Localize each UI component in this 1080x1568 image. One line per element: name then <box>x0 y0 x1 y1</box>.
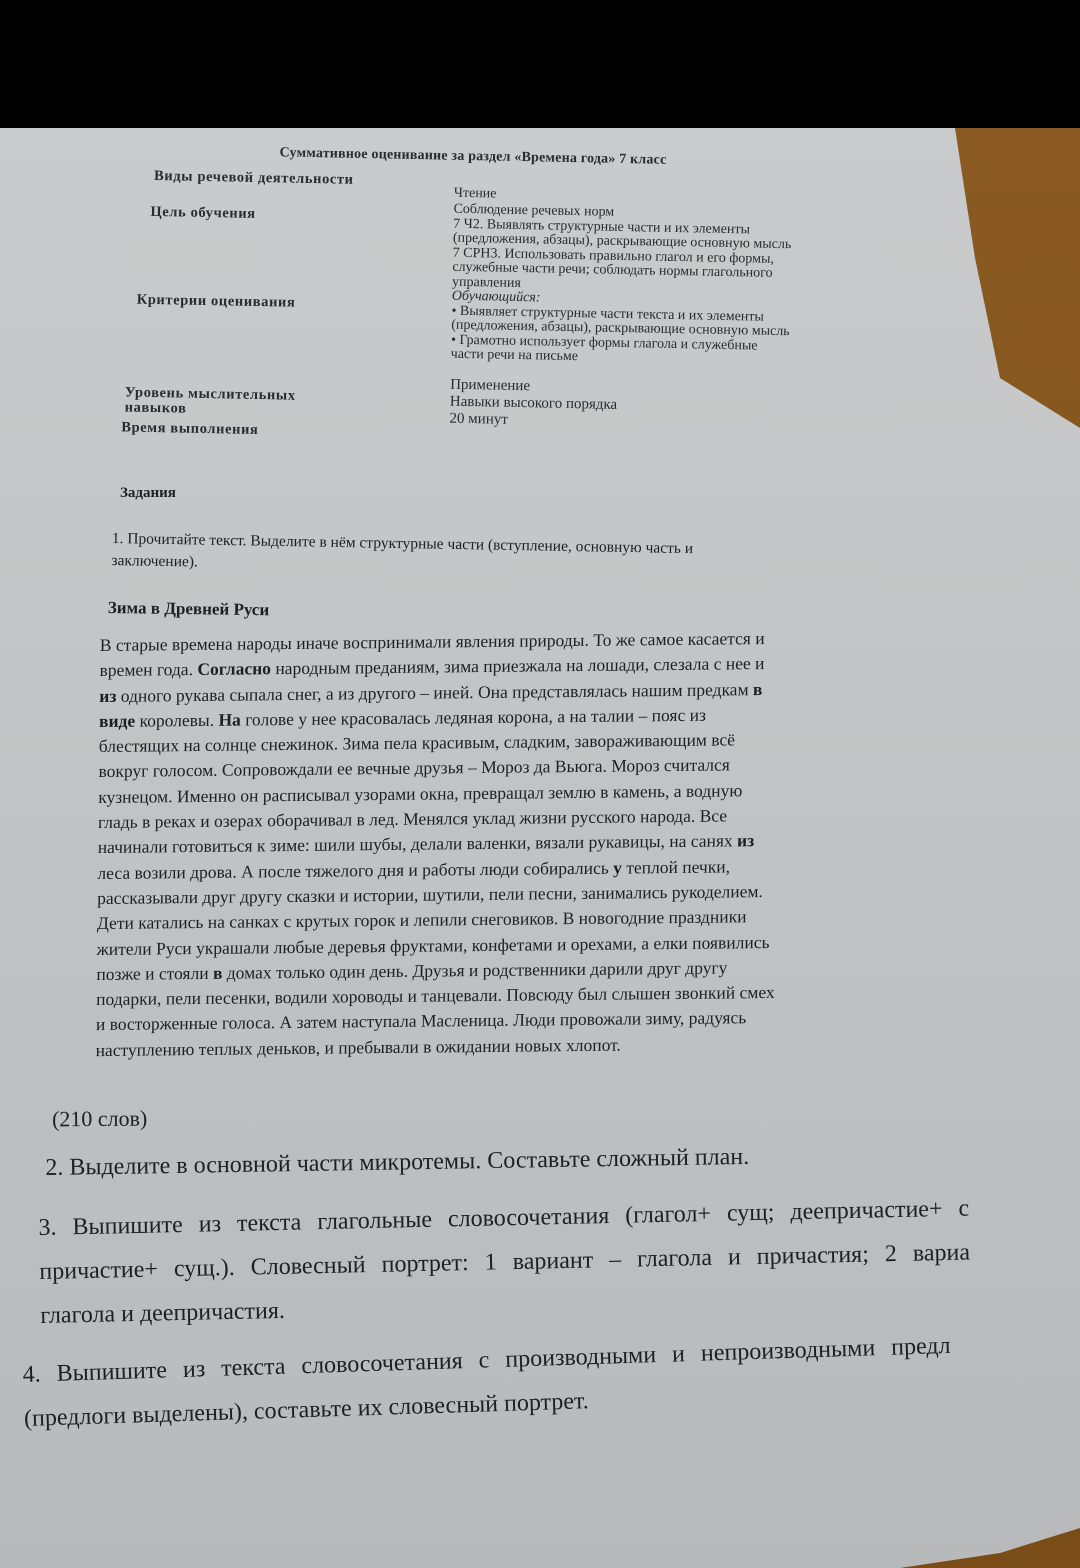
story-text-segment: жители Руси украшали любые деревья фрукт… <box>97 932 770 959</box>
highlighted-preposition: из <box>737 831 754 851</box>
story-text-segment: рассказывали друг другу сказки и истории… <box>97 881 763 908</box>
story-text-segment: и восторженные голоса. А затем наступала… <box>96 1008 747 1035</box>
label-completion-time: Время выполнения <box>121 420 258 438</box>
story-text-segment: теплой печки, <box>622 856 730 877</box>
story-text-segment: кузнецом. Именно он расписывал узорами о… <box>98 780 742 807</box>
value-learning-goal: Соблюдение речевых норм 7 Ч2. Выявлять с… <box>452 203 944 299</box>
story-text-segment: позже и стояли <box>96 963 213 984</box>
value-assessment-criteria: Обучающийся: • Выявляет структурные част… <box>451 290 942 372</box>
word-count: (210 слов) <box>52 1106 148 1133</box>
story-text-segment: времен года. <box>100 659 198 680</box>
story-text-segment: леса возили дрова. А после тяжелого дня … <box>97 857 613 882</box>
label-assessment-criteria: Критерии оценивания <box>137 293 296 311</box>
story-text-segment: голове у нее красовалась ледяная корона,… <box>241 705 706 730</box>
story-text-segment: гладь в реках и озерах оборачивал в лед.… <box>98 806 727 833</box>
assessment-sheet: Суммативное оценивание за раздел «Времен… <box>0 128 1080 1568</box>
story-text-segment: народным преданиям, зима приезжала на ло… <box>271 653 765 678</box>
label-thinking-skills: Уровень мыслительных навыков <box>125 385 296 418</box>
highlighted-preposition: Согласно <box>197 659 271 680</box>
story-text: В старые времена народы иначе воспринима… <box>95 624 1004 1064</box>
story-text-segment: вокруг голосом. Сопровождали ее вечные д… <box>98 755 730 782</box>
header-block: Суммативное оценивание за раздел «Времен… <box>0 128 1080 149</box>
highlighted-preposition: в <box>213 963 223 983</box>
story-text-segment: В старые времена народы иначе воспринима… <box>100 628 765 655</box>
story-text-segment: одного рукава сыпала снег, а из другого … <box>116 679 753 706</box>
value-line: Чтение <box>454 186 497 202</box>
story-text-segment: Дети катались на санках с крутых горок и… <box>97 907 747 934</box>
story-text-segment: королевы. <box>135 710 218 731</box>
story-text-segment: блестящих на солнце снежинок. Зима пела … <box>99 730 735 757</box>
story-text-segment: начинали готовиться к зиме: шили шубы, д… <box>98 831 738 858</box>
story-text-segment: домах только один день. Друзья и родстве… <box>222 957 727 982</box>
tasks-heading: Задания <box>120 485 176 502</box>
task-4: 4. Выпишите из текста словосочетания с п… <box>22 1318 1080 1441</box>
highlighted-preposition: виде <box>99 711 135 731</box>
task-1: 1. Прочитайте текст. Выделите в нём стру… <box>111 528 992 587</box>
highlighted-preposition: из <box>99 685 116 705</box>
document-title: Суммативное оценивание за раздел «Времен… <box>279 145 666 168</box>
highlighted-preposition: в <box>753 679 763 699</box>
label-learning-goal: Цель обучения <box>150 205 256 222</box>
story-text-segment: наступлению теплых деньков, и пребывали … <box>96 1034 621 1060</box>
highlighted-preposition: На <box>218 709 241 729</box>
label-speech-activity: Виды речевой деятельности <box>154 169 354 188</box>
story-text-segment: подарки, пели песенки, водили хороводы и… <box>96 982 775 1009</box>
story-title: Зима в Древней Руси <box>108 598 270 620</box>
task-3: 3. Выпишите из текста глагольные словосо… <box>38 1183 1080 1338</box>
task-2: 2. Выделите в основной части микротемы. … <box>45 1135 749 1190</box>
